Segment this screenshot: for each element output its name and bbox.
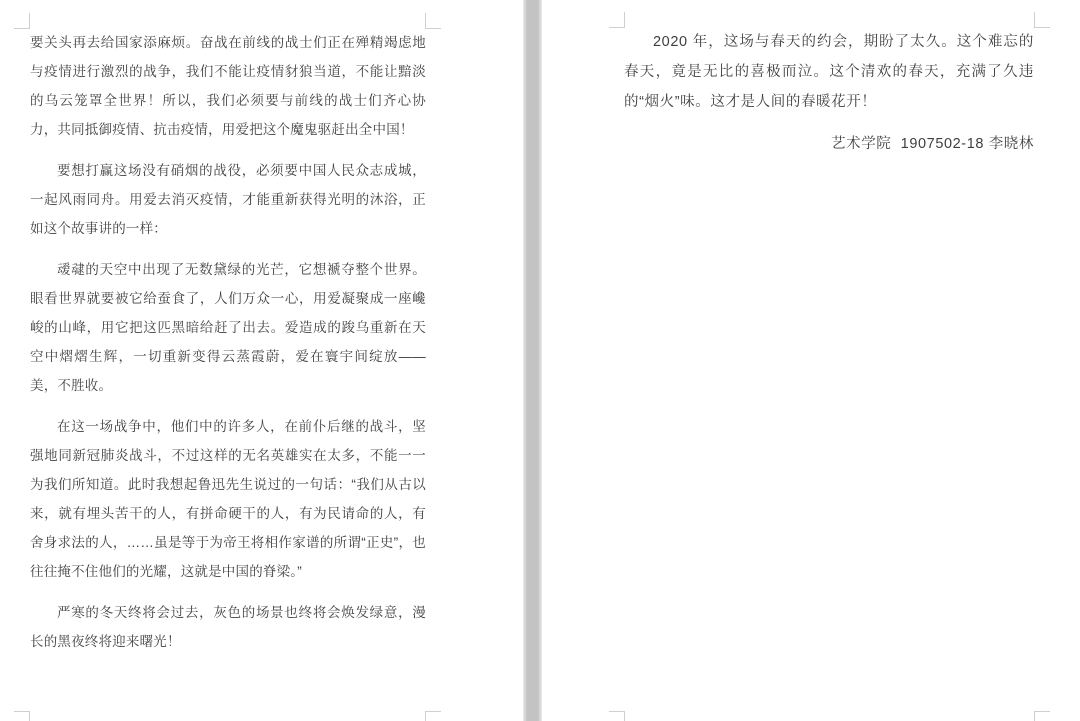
margin-corner-mark-top-left (609, 12, 625, 28)
page-left-text-area[interactable]: 要关头再去给国家添麻烦。奋战在前线的战士们正在殚精竭虑地与疫情进行激烈的战争，我… (30, 28, 426, 668)
paragraph[interactable]: 严寒的冬天终将会过去，灰色的场景也终将会焕发绿意，漫长的黑夜终将迎来曙光！ (30, 598, 426, 656)
paragraph[interactable]: 要关头再去给国家添麻烦。奋战在前线的战士们正在殚精竭虑地与疫情进行激烈的战争，我… (30, 28, 426, 144)
margin-corner-mark-top-left (14, 13, 30, 29)
document-page-right[interactable]: 2020 年，这场与春天的约会，期盼了太久。这个难忘的春天，竟是无比的喜极而泣。… (542, 0, 1080, 721)
document-page-left[interactable]: 要关头再去给国家添麻烦。奋战在前线的战士们正在殚精竭虑地与疫情进行激烈的战争，我… (0, 0, 523, 721)
paragraph[interactable]: 在这一场战争中，他们中的许多人，在前仆后继的战斗，坚强地同新冠肺炎战斗，不过这样… (30, 412, 426, 586)
author-signature[interactable]: 艺术学院 1907502-18 李晓林 (624, 129, 1034, 159)
page-right-text-area[interactable]: 2020 年，这场与春天的约会，期盼了太久。这个难忘的春天，竟是无比的喜极而泣。… (624, 27, 1034, 171)
paragraph[interactable]: 叆叇的天空中出现了无数黛绿的光芒，它想褫夺整个世界。眼看世界就要被它给蚕食了，人… (30, 255, 426, 400)
paragraph[interactable]: 2020 年，这场与春天的约会，期盼了太久。这个难忘的春天，竟是无比的喜极而泣。… (624, 27, 1034, 117)
margin-corner-mark-top-right (1034, 12, 1050, 28)
margin-corner-mark-top-right (425, 13, 441, 29)
margin-corner-mark-bottom-right (1034, 711, 1050, 721)
margin-corner-mark-bottom-left (609, 711, 625, 721)
page-gap-divider (523, 0, 542, 721)
margin-corner-mark-bottom-right (425, 711, 441, 721)
margin-corner-mark-bottom-left (14, 711, 30, 721)
document-viewport: 要关头再去给国家添麻烦。奋战在前线的战士们正在殚精竭虑地与疫情进行激烈的战争，我… (0, 0, 1080, 721)
paragraph[interactable]: 要想打赢这场没有硝烟的战役，必须要中国人民众志成城，一起风雨同舟。用爱去消灭疫情… (30, 156, 426, 243)
